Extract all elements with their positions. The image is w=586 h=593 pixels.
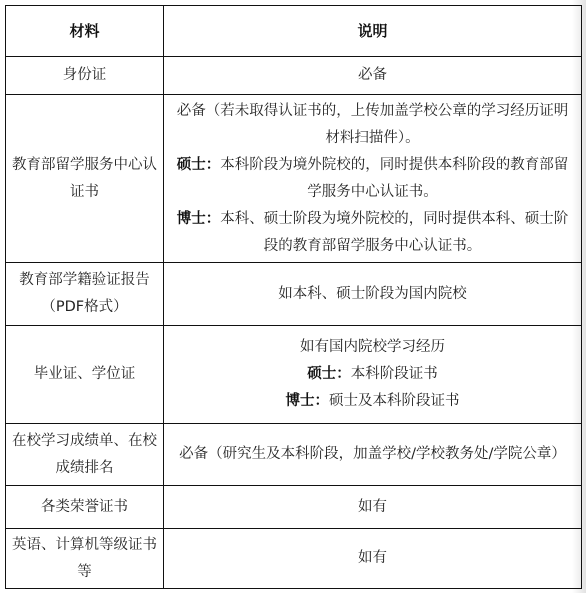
material-cell: 教育部留学服务中心认证书 <box>6 95 164 263</box>
table-header-row: 材料 说明 <box>6 6 582 57</box>
description-line: 博士：硕士及本科阶段证书 <box>170 388 575 415</box>
table-row: 教育部留学服务中心认证书 必备（若未取得认证书的，上传加盖学校公章的学习经历证明… <box>6 95 582 263</box>
description-cell: 必备 <box>164 57 582 95</box>
description-text: 本科阶段为境外院校的，同时提供本科阶段的教育部留学服务中心认证书。 <box>220 157 568 200</box>
description-line: 如有 <box>170 494 575 521</box>
table-row: 毕业证、学位证 如有国内院校学习经历 硕士：本科阶段证书 博士：硕士及本科阶段证… <box>6 326 582 424</box>
material-cell: 毕业证、学位证 <box>6 326 164 424</box>
header-material: 材料 <box>6 6 164 57</box>
description-line: 如有 <box>170 545 575 572</box>
material-cell: 教育部学籍验证报告（PDF格式） <box>6 263 164 326</box>
description-text: 本科阶段证书 <box>351 366 438 382</box>
description-cell: 如本科、硕士阶段为国内院校 <box>164 263 582 326</box>
material-cell: 英语、计算机等级证书等 <box>6 529 164 589</box>
description-cell: 如有国内院校学习经历 硕士：本科阶段证书 博士：硕士及本科阶段证书 <box>164 326 582 424</box>
description-text: 硕士及本科阶段证书 <box>329 393 460 409</box>
table-row: 教育部学籍验证报告（PDF格式） 如本科、硕士阶段为国内院校 <box>6 263 582 326</box>
table-row: 在校学习成绩单、在校成绩排名 必备（研究生及本科阶段，加盖学校/学校教务处/学院… <box>6 424 582 486</box>
table-row: 英语、计算机等级证书等 如有 <box>6 529 582 589</box>
materials-table: 材料 说明 身份证 必备 教育部留学服务中心认证书 必备（若未取得认证书的，上传… <box>5 5 582 589</box>
description-cell: 如有 <box>164 529 582 589</box>
description-cell: 必备（若未取得认证书的，上传加盖学校公章的学习经历证明材料扫描件）。 硕士：本科… <box>164 95 582 263</box>
description-line: 博士：本科、硕士阶段为境外院校的，同时提供本科、硕士阶段的教育部留学服务中心认证… <box>170 206 575 260</box>
description-line: 如本科、硕士阶段为国内院校 <box>170 281 575 308</box>
description-cell: 必备（研究生及本科阶段，加盖学校/学校教务处/学院公章） <box>164 424 582 486</box>
degree-label-master: 硕士： <box>307 366 351 382</box>
description-line: 硕士：本科阶段为境外院校的，同时提供本科阶段的教育部留学服务中心认证书。 <box>170 152 575 206</box>
description-line: 必备（研究生及本科阶段，加盖学校/学校教务处/学院公章） <box>170 441 575 468</box>
description-line: 如有国内院校学习经历 <box>170 334 575 361</box>
description-line: 必备 <box>170 62 575 89</box>
table-row: 各类荣誉证书 如有 <box>6 486 582 529</box>
table-row: 身份证 必备 <box>6 57 582 95</box>
material-cell: 在校学习成绩单、在校成绩排名 <box>6 424 164 486</box>
header-description: 说明 <box>164 6 582 57</box>
description-line: 必备（若未取得认证书的，上传加盖学校公章的学习经历证明材料扫描件）。 <box>170 98 575 152</box>
degree-label-master: 硕士： <box>177 157 221 173</box>
degree-label-doctor: 博士： <box>286 393 330 409</box>
description-cell: 如有 <box>164 486 582 529</box>
material-cell: 身份证 <box>6 57 164 95</box>
description-text: 本科、硕士阶段为境外院校的，同时提供本科、硕士阶段的教育部留学服务中心认证书。 <box>220 211 568 254</box>
degree-label-doctor: 博士： <box>177 211 221 227</box>
material-cell: 各类荣誉证书 <box>6 486 164 529</box>
description-line: 硕士：本科阶段证书 <box>170 361 575 388</box>
